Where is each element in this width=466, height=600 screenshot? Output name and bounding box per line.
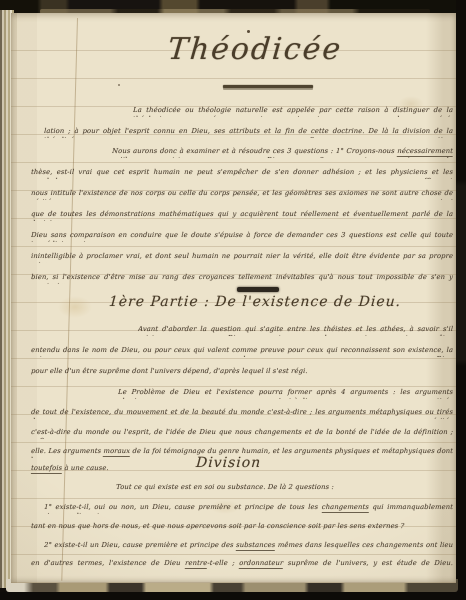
manuscript-line: La théodicée ou théologie naturelle est … (133, 106, 454, 117)
manuscript-line: inintelligible à proclamer vrai, et dont… (31, 252, 454, 263)
section-heading-part1: 1ère Partie : De l'existence de Dieu. (39, 293, 466, 311)
manuscript-line: de tout de l'existence, du mouvement et … (31, 408, 454, 419)
manuscript-line: Le Problème de Dieu et l'existence pourr… (118, 388, 454, 399)
manuscript-line: nous intitule l'existence de nos corps o… (31, 189, 454, 200)
manuscript-line: Nous aurons donc à examiner et à résoudr… (112, 147, 454, 158)
manuscript-line: Dieu sans comparaison en conduire que le… (31, 231, 454, 242)
title-underline (223, 85, 313, 88)
manuscript-line: c'est-à-dire du monde ou l'esprit, de l'… (31, 428, 454, 439)
manuscript-line: 2° existe-t-il un Dieu, cause première e… (44, 541, 454, 552)
manuscript-line: entendu dans le nom de Dieu, ou pour ceu… (31, 346, 454, 357)
manuscript-line: lation ; à pour objet l'esprit connu en … (44, 127, 454, 138)
manuscript-title: Théodicée (38, 30, 466, 70)
manuscript-line: toutefois à une cause. (31, 464, 454, 475)
manuscript-line: thèse, est-il vrai que cet esprit humain… (31, 168, 454, 179)
manuscript-line: Avant d'aborder la question qui s'agite … (138, 325, 454, 336)
manuscript-line: Tout ce qui existe est en soi ou substan… (116, 483, 454, 494)
manuscript-line: pour elle d'un être suprême dont l'unive… (31, 367, 454, 378)
manuscript-line: que de toutes les démonstrations mathéma… (31, 210, 454, 221)
manuscript-line: en d'autres termes, l'existence de Dieu … (31, 559, 454, 570)
manuscript-line: 1° existe-t-il, oui ou non, un Dieu, cau… (44, 503, 454, 514)
handwriting-layer: Théodicée 1ère Partie : De l'existence d… (0, 0, 466, 600)
manuscript-line: elle. Les arguments moraux de la foi tém… (31, 447, 454, 458)
manuscript-line: bien, si l'existence d'être mise au rang… (31, 273, 454, 284)
manuscript-scan: Théodicée 1ère Partie : De l'existence d… (0, 0, 466, 600)
manuscript-line: tant en nous que hors de nous, et que no… (31, 522, 454, 533)
ink-smudge (237, 287, 279, 292)
